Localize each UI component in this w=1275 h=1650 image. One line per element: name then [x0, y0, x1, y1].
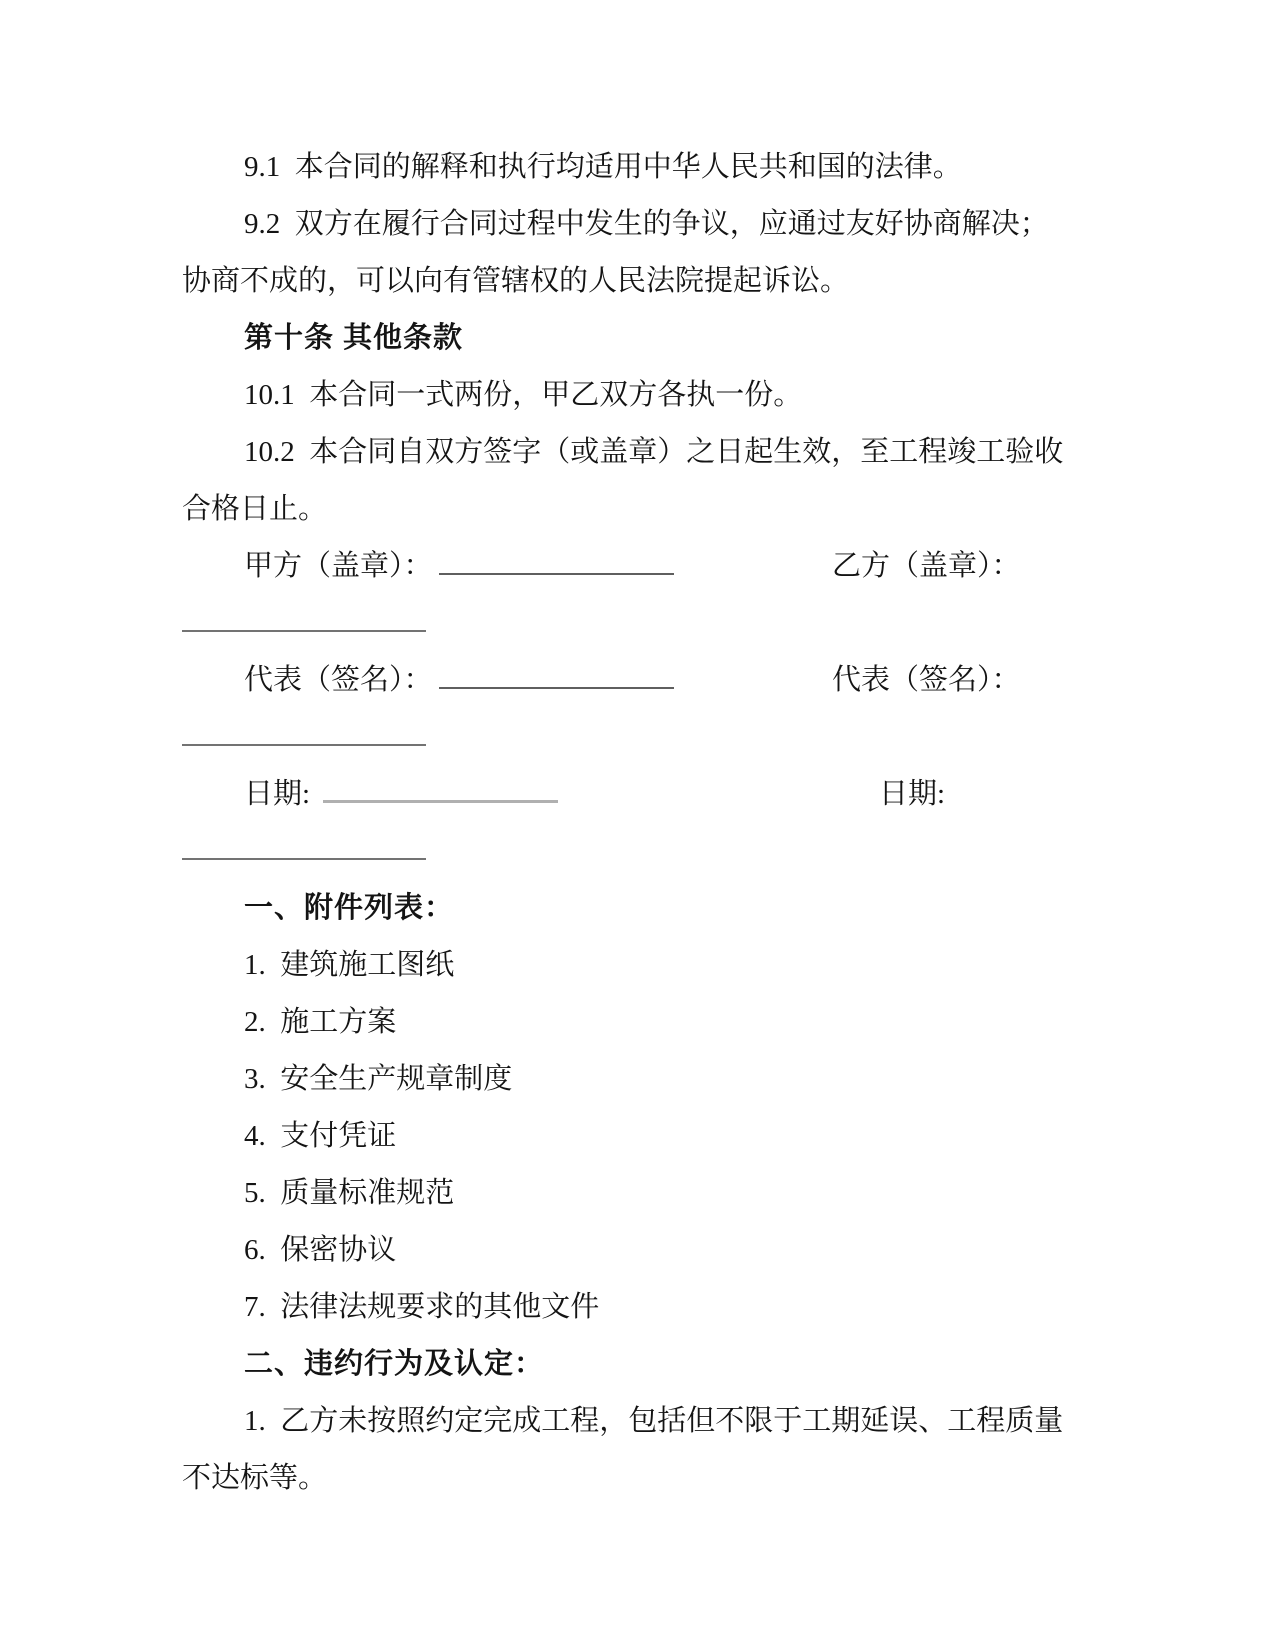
date-b-blank: [182, 824, 426, 860]
clause-9-2: 9.2 双方在履行合同过程中发生的争议，应通过友好协商解决；: [182, 196, 1095, 253]
attachments-heading: 一、附件列表：: [182, 880, 1095, 937]
signature-blank-line-1: [182, 595, 1095, 652]
attachment-item: 5. 质量标准规范: [182, 1165, 1095, 1222]
signature-row-date: 日期: 日期:: [182, 766, 1095, 823]
clause-9-1: 9.1 本合同的解释和执行均适用中华人民共和国的法律。: [182, 139, 1095, 196]
breach-heading: 二、违约行为及认定：: [182, 1336, 1095, 1393]
attachment-item: 6. 保密协议: [182, 1222, 1095, 1279]
clause-10-2-continuation: 合格日止。: [182, 481, 1095, 538]
rep-b-sign-blank: [182, 710, 426, 746]
date-a-label: 日期:: [244, 778, 317, 810]
clause-10-2: 10.2 本合同自双方签字（或盖章）之日起生效，至工程竣工验收: [182, 424, 1095, 481]
attachment-item: 7. 法律法规要求的其他文件: [182, 1279, 1095, 1336]
attachment-item: 1. 建筑施工图纸: [182, 937, 1095, 994]
rep-a-sign-label: 代表（签名）：: [244, 664, 433, 696]
attachment-item: 4. 支付凭证: [182, 1108, 1095, 1165]
breach-item-1-continuation: 不达标等。: [182, 1450, 1095, 1507]
rep-a-sign-blank: [439, 653, 674, 689]
attachment-item: 2. 施工方案: [182, 994, 1095, 1051]
breach-item-1: 1. 乙方未按照约定完成工程，包括但不限于工期延误、工程质量: [182, 1393, 1095, 1450]
party-a-seal-label: 甲方（盖章）：: [244, 550, 433, 582]
rep-b-sign-label: 代表（签名）：: [832, 652, 1021, 709]
date-a-blank: [323, 766, 558, 803]
signature-blank-line-2: [182, 709, 1095, 766]
party-a-seal-blank: [439, 539, 674, 575]
attachment-item: 3. 安全生产规章制度: [182, 1051, 1095, 1108]
party-b-seal-label: 乙方（盖章）：: [832, 538, 1021, 595]
heading-article-10: 第十条 其他条款: [182, 310, 1095, 367]
party-b-seal-blank: [182, 596, 426, 632]
signature-row-seal: 甲方（盖章）：乙方（盖章）：: [182, 538, 1095, 595]
clause-10-1: 10.1 本合同一式两份，甲乙双方各执一份。: [182, 367, 1095, 424]
signature-row-representative: 代表（签名）：代表（签名）：: [182, 652, 1095, 709]
signature-blank-line-3: [182, 823, 1095, 880]
date-b-label: 日期:: [879, 766, 945, 823]
clause-9-2-continuation: 协商不成的，可以向有管辖权的人民法院提起诉讼。: [182, 253, 1095, 310]
contract-document-page: 9.1 本合同的解释和执行均适用中华人民共和国的法律。 9.2 双方在履行合同过…: [0, 0, 1275, 1650]
